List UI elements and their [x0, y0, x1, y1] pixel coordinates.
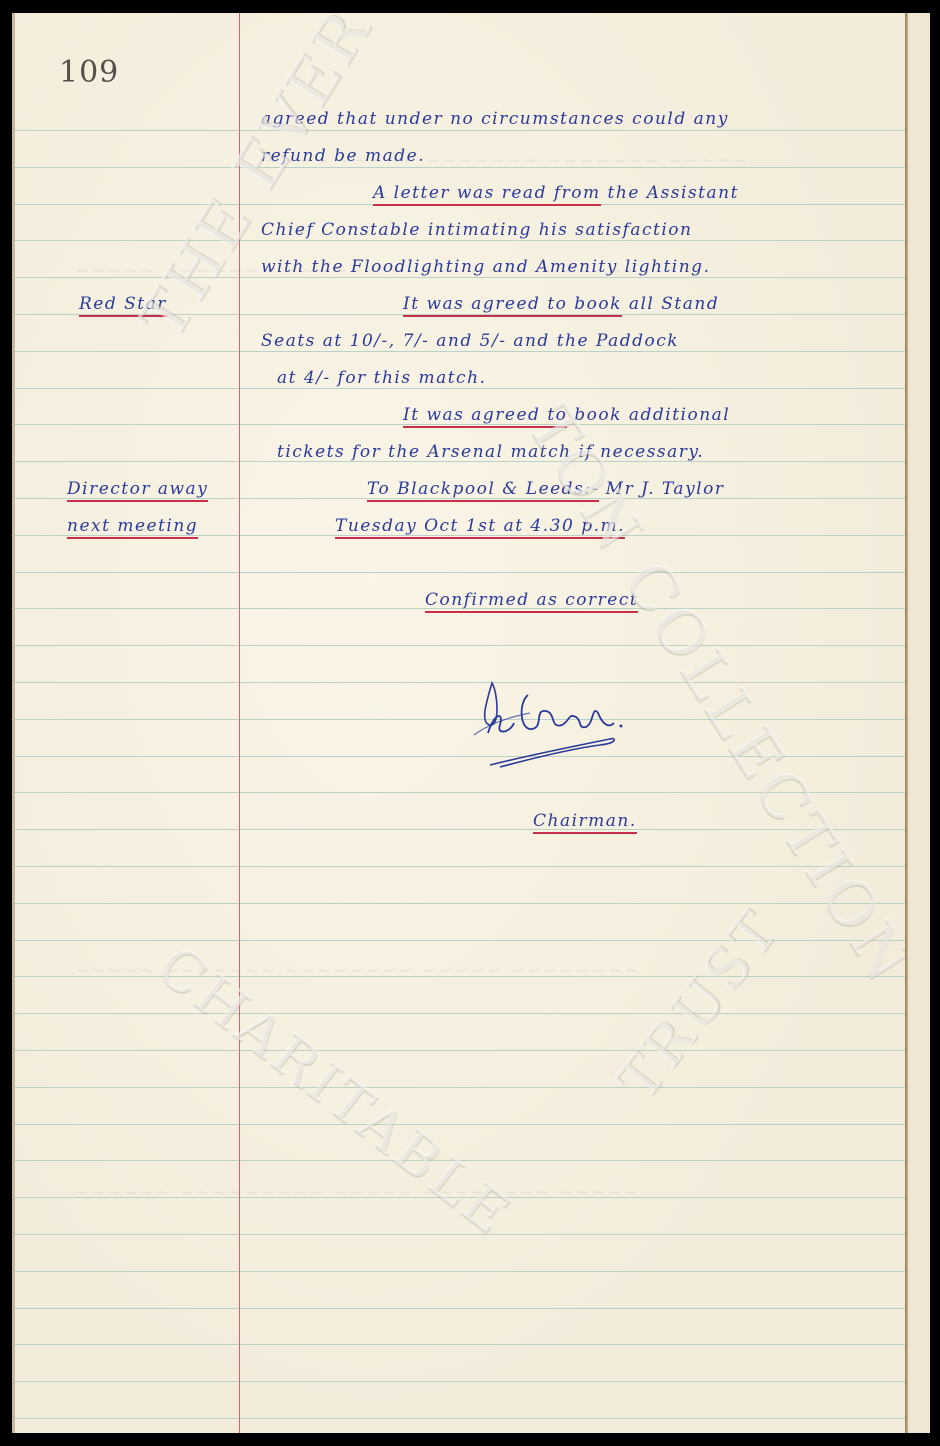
ruled-line — [15, 682, 908, 683]
adjacent-page-edge — [908, 13, 930, 1433]
ruled-line — [15, 792, 908, 793]
minutes-line-7: Seats at 10/-, 7/- and 5/- and the Paddo… — [261, 331, 679, 351]
ruled-line — [15, 1418, 908, 1419]
underlined-phrase: To Blackpool & Leeds:- — [367, 479, 599, 502]
ruled-line — [15, 940, 908, 941]
margin-note-next-meeting: next meeting — [67, 516, 198, 536]
underlined-phrase: A letter was read from — [373, 183, 601, 206]
ruled-line — [15, 756, 908, 757]
ruled-line — [15, 645, 908, 646]
ruled-line — [15, 1381, 908, 1382]
confirmation-text: Confirmed as correct — [425, 590, 638, 610]
ruled-line — [15, 351, 908, 352]
minutes-line-2: refund be made. — [261, 146, 425, 166]
watermark-bottom-arc-2: TRUST — [605, 898, 793, 1113]
margin-note-red-star: Red Star — [79, 294, 167, 314]
chairman-signature: J.C. Stadley — [470, 673, 670, 783]
ruled-line — [15, 130, 908, 131]
margin-note-director-away: Director away — [67, 479, 208, 499]
ruled-line — [15, 240, 908, 241]
ruled-line — [15, 1308, 908, 1309]
minutes-line-8: at 4/- for this match. — [277, 368, 486, 388]
minutes-line-5: with the Floodlighting and Amenity light… — [261, 257, 710, 277]
minutes-line-3: A letter was read from the Assistant — [373, 183, 739, 203]
ruled-line — [15, 829, 908, 830]
ledger-page: 109 ~~~~ ~~~~~ ~~~~~~~ ~~~~~~~ ~~~~~ ~~~… — [12, 13, 908, 1433]
ruled-line — [15, 903, 908, 904]
show-through-text: ~~~~~ ~~~~~~~ ~~~~~~~~ ~~~~~ ~~~~~~~~ — [75, 961, 641, 981]
minutes-line-10: tickets for the Arsenal match if necessa… — [277, 442, 704, 462]
ruled-line — [15, 1271, 908, 1272]
ruled-line — [15, 866, 908, 867]
ruled-line — [15, 1160, 908, 1161]
ruled-line — [15, 719, 908, 720]
margin-rule — [239, 13, 240, 1433]
chairman-title: Chairman. — [533, 811, 637, 831]
minutes-line-1: agreed that under no circumstances could… — [261, 109, 729, 129]
ruled-line — [15, 1013, 908, 1014]
underlined-phrase: It was agreed to — [403, 405, 567, 428]
ruled-line — [15, 388, 908, 389]
ruled-line — [15, 1344, 908, 1345]
ruled-line — [15, 1050, 908, 1051]
show-through-text: ~~~~~~ ~~~~~~~~~ ~~~~~ ~~~~~~~~ ~~~~~ — [75, 1183, 641, 1203]
underlined-phrase: It was agreed to book — [403, 294, 622, 317]
minutes-line-4: Chief Constable intimating his satisfact… — [261, 220, 693, 240]
page-number: 109 — [59, 55, 119, 90]
ruled-line — [15, 572, 908, 573]
minutes-line-9: It was agreed to book additional — [403, 405, 730, 425]
minutes-line-12: Tuesday Oct 1st at 4.30 p.m. — [335, 516, 625, 536]
ruled-line — [15, 1234, 908, 1235]
ruled-line — [15, 1124, 908, 1125]
minutes-line-6: It was agreed to book all Stand — [403, 294, 719, 314]
minutes-line-11: To Blackpool & Leeds:- Mr J. Taylor — [367, 479, 724, 499]
ruled-line — [15, 1087, 908, 1088]
